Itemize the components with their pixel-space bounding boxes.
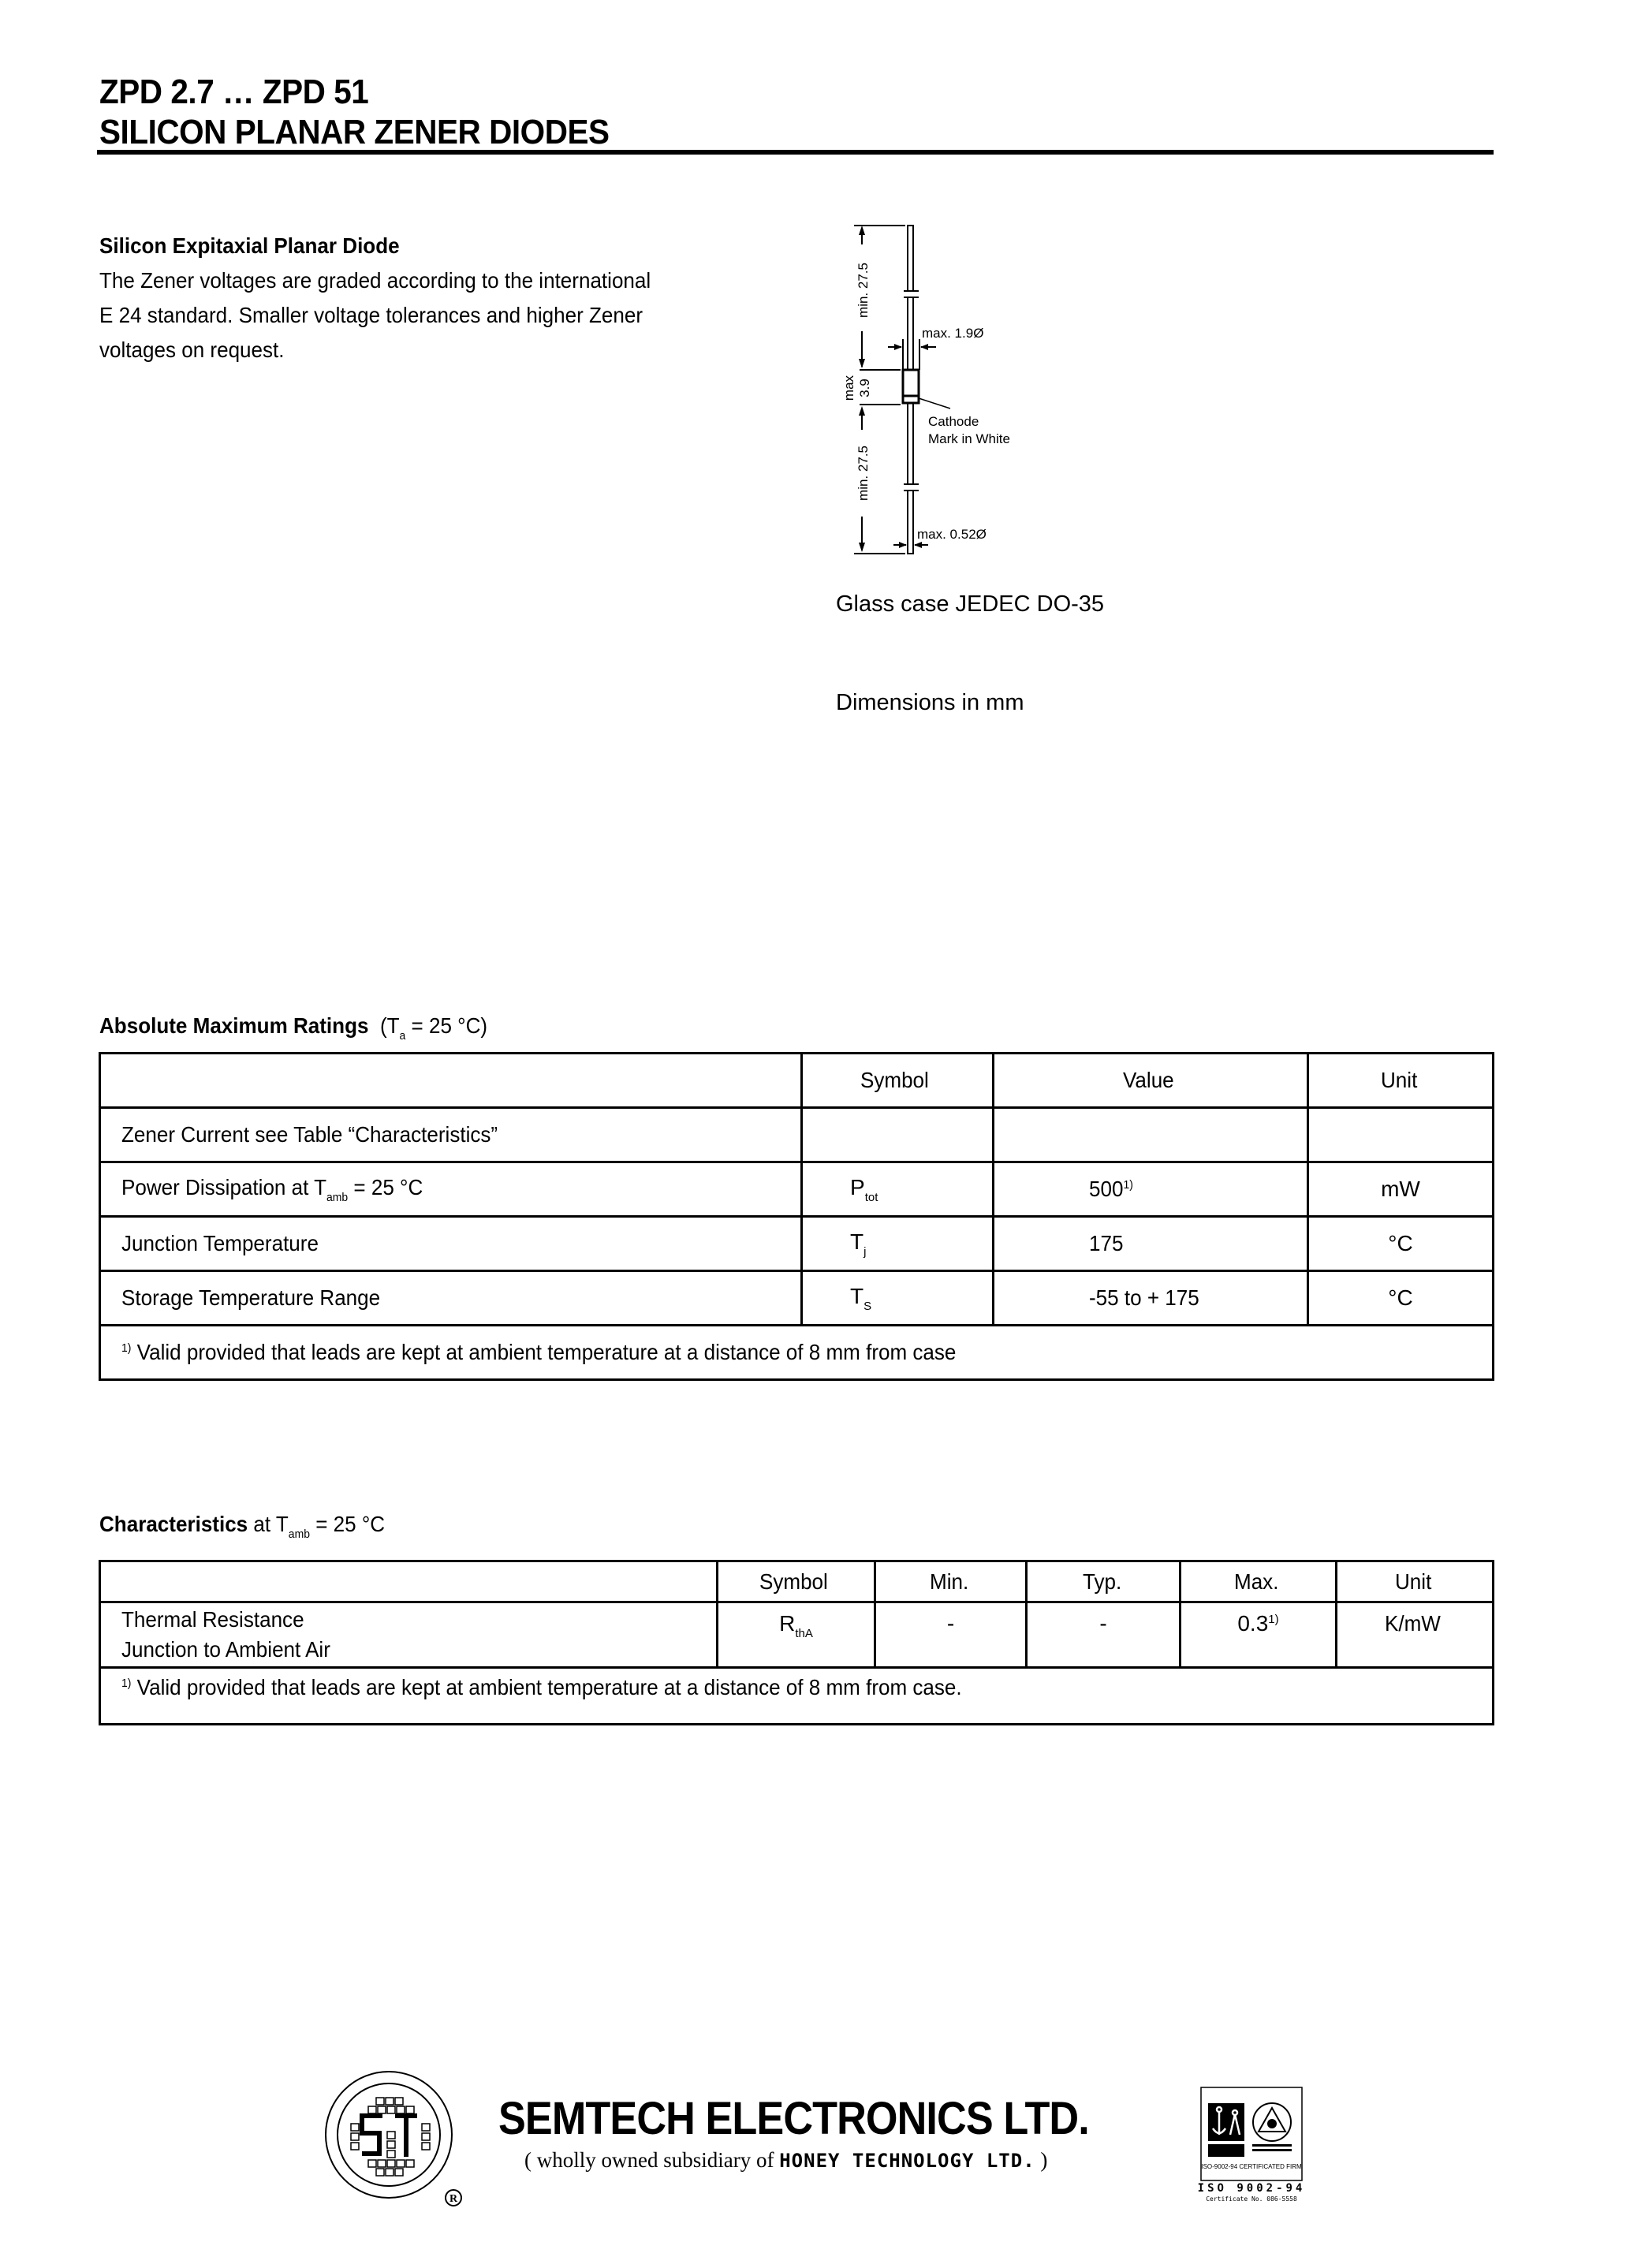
cathode-mark-label: Mark in White <box>928 431 1010 446</box>
abs-max-title: Absolute Maximum Ratings (Ta = 25 °C) <box>99 1013 487 1043</box>
value-cell: 5001) <box>994 1162 1308 1217</box>
iso-certification-badge: ISO-9002-94 CERTIFICATED FIRM ISO 9002-9… <box>1197 2076 1307 2203</box>
characteristics-cond: at T <box>248 1512 289 1536</box>
header-cell-value: Value <box>994 1054 1308 1108</box>
dimensions-note: Dimensions in mm <box>836 690 1024 716</box>
do35-package-diagram: min. 27.5 min. 27.5 3.9 max max. 1.9Ø ma… <box>820 213 1057 568</box>
value-cell: -55 to + 175 <box>994 1271 1308 1326</box>
header-cell-unit: Unit <box>1337 1561 1494 1602</box>
max-cell: 0.31) <box>1181 1602 1337 1668</box>
unit-cell: °C <box>1308 1271 1494 1326</box>
abs-max-cond-sub: a <box>400 1029 406 1043</box>
header-cell-symbol: Symbol <box>802 1054 994 1108</box>
abs-max-table: Symbol Value Unit Zener Current see Tabl… <box>99 1052 1494 1381</box>
abs-max-cond-post: = 25 °C) <box>405 1013 487 1038</box>
package-case-label: Glass case JEDEC DO-35 <box>836 591 1104 617</box>
symbol-cell <box>802 1108 994 1162</box>
title-rule <box>97 150 1494 155</box>
characteristics-table: Symbol Min. Typ. Max. Unit Thermal Resis… <box>99 1560 1494 1725</box>
abs-max-title-text: Absolute Maximum Ratings <box>99 1013 368 1038</box>
intro-heading: Silicon Expitaxial Planar Diode <box>99 229 744 263</box>
iso-badge-line: ISO-9002-94 CERTIFICATED FIRM <box>1201 2163 1302 2170</box>
iso-certificate: Certificate No. 086-5558 <box>1206 2195 1297 2203</box>
typ-cell: - <box>1027 1602 1181 1668</box>
characteristics-cond-sub: amb <box>289 1528 310 1541</box>
param-cell: Power Dissipation at Tamb = 25 °C <box>100 1162 802 1217</box>
table-header-row: Symbol Value Unit <box>100 1054 1494 1108</box>
symbol-cell: Tj <box>802 1217 994 1271</box>
semtech-logo: R <box>319 2062 469 2212</box>
table-header-row: Symbol Min. Typ. Max. Unit <box>100 1561 1494 1602</box>
characteristics-title: Characteristics at Tamb = 25 °C <box>99 1512 385 1541</box>
header-cell-typ: Typ. <box>1027 1561 1181 1602</box>
subsidiary-line: ( wholly owned subsidiary of HONEY TECHN… <box>524 2148 1047 2173</box>
footnote-row: 1) Valid provided that leads are kept at… <box>100 1668 1494 1725</box>
intro-line: The Zener voltages are graded according … <box>99 263 744 298</box>
body-diameter-label: max. 1.9Ø <box>922 326 983 341</box>
parent-company: HONEY TECHNOLOGY LTD. <box>779 2150 1035 2172</box>
characteristics-title-text: Characteristics <box>99 1512 248 1536</box>
table-row: Storage Temperature Range TS -55 to + 17… <box>100 1271 1494 1326</box>
abs-max-cond: (T <box>380 1013 400 1038</box>
lead-diameter-label: max. 0.52Ø <box>917 527 987 542</box>
document-subtitle: SILICON PLANAR ZENER DIODES <box>99 113 610 152</box>
lead-length-top-label: min. 27.5 <box>856 263 871 318</box>
lead-length-bottom-label: min. 27.5 <box>856 446 871 501</box>
table-row: Junction Temperature Tj 175 °C <box>100 1217 1494 1271</box>
param-cell: Storage Temperature Range <box>100 1271 802 1326</box>
header-cell-symbol: Symbol <box>718 1561 875 1602</box>
footnote-cell: 1) Valid provided that leads are kept at… <box>100 1668 1494 1725</box>
param-cell: Zener Current see Table “Characteristics… <box>100 1108 802 1162</box>
company-name: SEMTECH ELECTRONICS LTD. <box>498 2092 1089 2145</box>
body-length-label: 3.9 <box>857 379 872 397</box>
symbol-cell: Ptot <box>802 1162 994 1217</box>
header-cell <box>100 1054 802 1108</box>
cathode-label: Cathode <box>928 414 979 429</box>
footnote-cell: 1) Valid provided that leads are kept at… <box>100 1326 1494 1380</box>
value-cell <box>994 1108 1308 1162</box>
intro-block: Silicon Expitaxial Planar Diode The Zene… <box>99 229 744 367</box>
header-cell-unit: Unit <box>1308 1054 1494 1108</box>
header-cell-max: Max. <box>1181 1561 1337 1602</box>
param-cell: Thermal Resistance Junction to Ambient A… <box>100 1602 718 1668</box>
iso-standard: ISO 9002-94 <box>1198 2182 1306 2195</box>
symbol-cell: TS <box>802 1271 994 1326</box>
table-row: Thermal Resistance Junction to Ambient A… <box>100 1602 1494 1668</box>
document-title: ZPD 2.7 … ZPD 51 <box>99 73 368 112</box>
table-row: Power Dissipation at Tamb = 25 °C Ptot 5… <box>100 1162 1494 1217</box>
intro-line: E 24 standard. Smaller voltage tolerance… <box>99 298 744 333</box>
param-cell: Junction Temperature <box>100 1217 802 1271</box>
body-length-prefix: max <box>841 375 856 401</box>
header-cell-min: Min. <box>875 1561 1027 1602</box>
header-cell <box>100 1561 718 1602</box>
unit-cell: mW <box>1308 1162 1494 1217</box>
unit-cell: °C <box>1308 1217 1494 1271</box>
value-cell: 175 <box>994 1217 1308 1271</box>
unit-cell <box>1308 1108 1494 1162</box>
table-row: Zener Current see Table “Characteristics… <box>100 1108 1494 1162</box>
subsidiary-text: ( wholly owned subsidiary of <box>524 2148 779 2172</box>
min-cell: - <box>875 1602 1027 1668</box>
subsidiary-close: ) <box>1035 2148 1048 2172</box>
symbol-cell: RthA <box>718 1602 875 1668</box>
characteristics-cond-post: = 25 °C <box>310 1512 385 1536</box>
unit-cell: K/mW <box>1337 1602 1494 1668</box>
footnote-row: 1) Valid provided that leads are kept at… <box>100 1326 1494 1380</box>
registered-mark: R <box>449 2193 458 2205</box>
intro-line: voltages on request. <box>99 333 744 367</box>
